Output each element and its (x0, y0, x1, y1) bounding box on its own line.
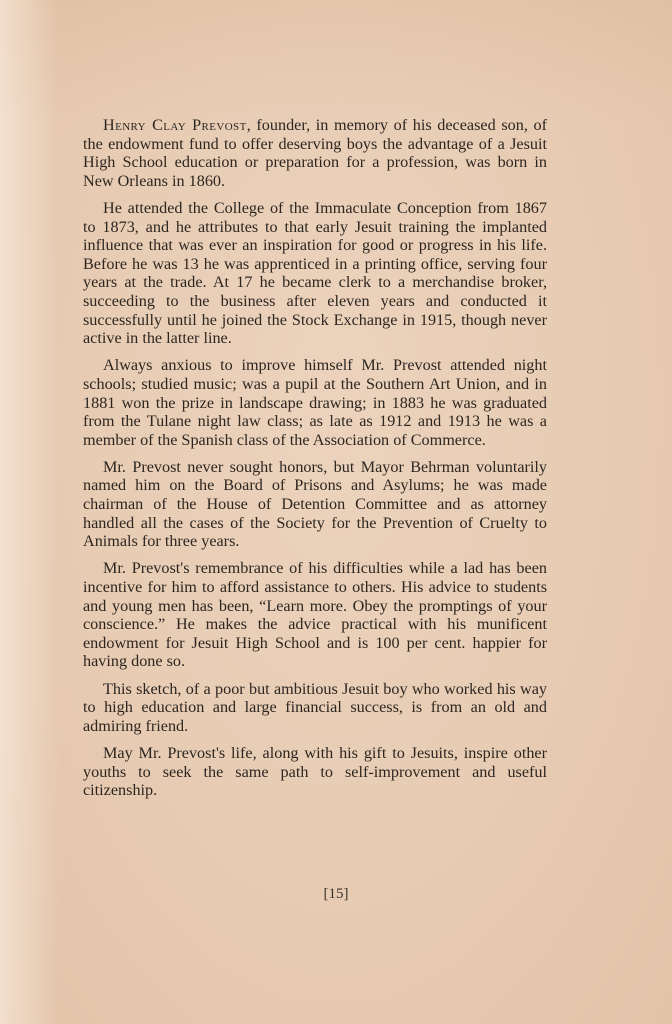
body-text: Henry Clay Prevost, founder, in memory o… (83, 116, 547, 808)
paragraph-self-improvement: Always anxious to improve himself Mr. Pr… (83, 356, 547, 449)
paragraph-intro: Henry Clay Prevost, founder, in memory o… (83, 116, 547, 190)
paragraph-education: He attended the College of the Immaculat… (83, 199, 547, 348)
paragraph-public-service: Mr. Prevost never sought honors, but May… (83, 458, 547, 551)
paragraph-closing: May Mr. Prevost's life, along with his g… (83, 744, 547, 800)
paragraph-advice: Mr. Prevost's remembrance of his difficu… (83, 559, 547, 671)
paragraph-sketch-author: This sketch, of a poor but ambitious Jes… (83, 680, 547, 736)
founder-name: Henry Clay Prevost (103, 116, 247, 134)
page-number: [15] (0, 886, 672, 903)
